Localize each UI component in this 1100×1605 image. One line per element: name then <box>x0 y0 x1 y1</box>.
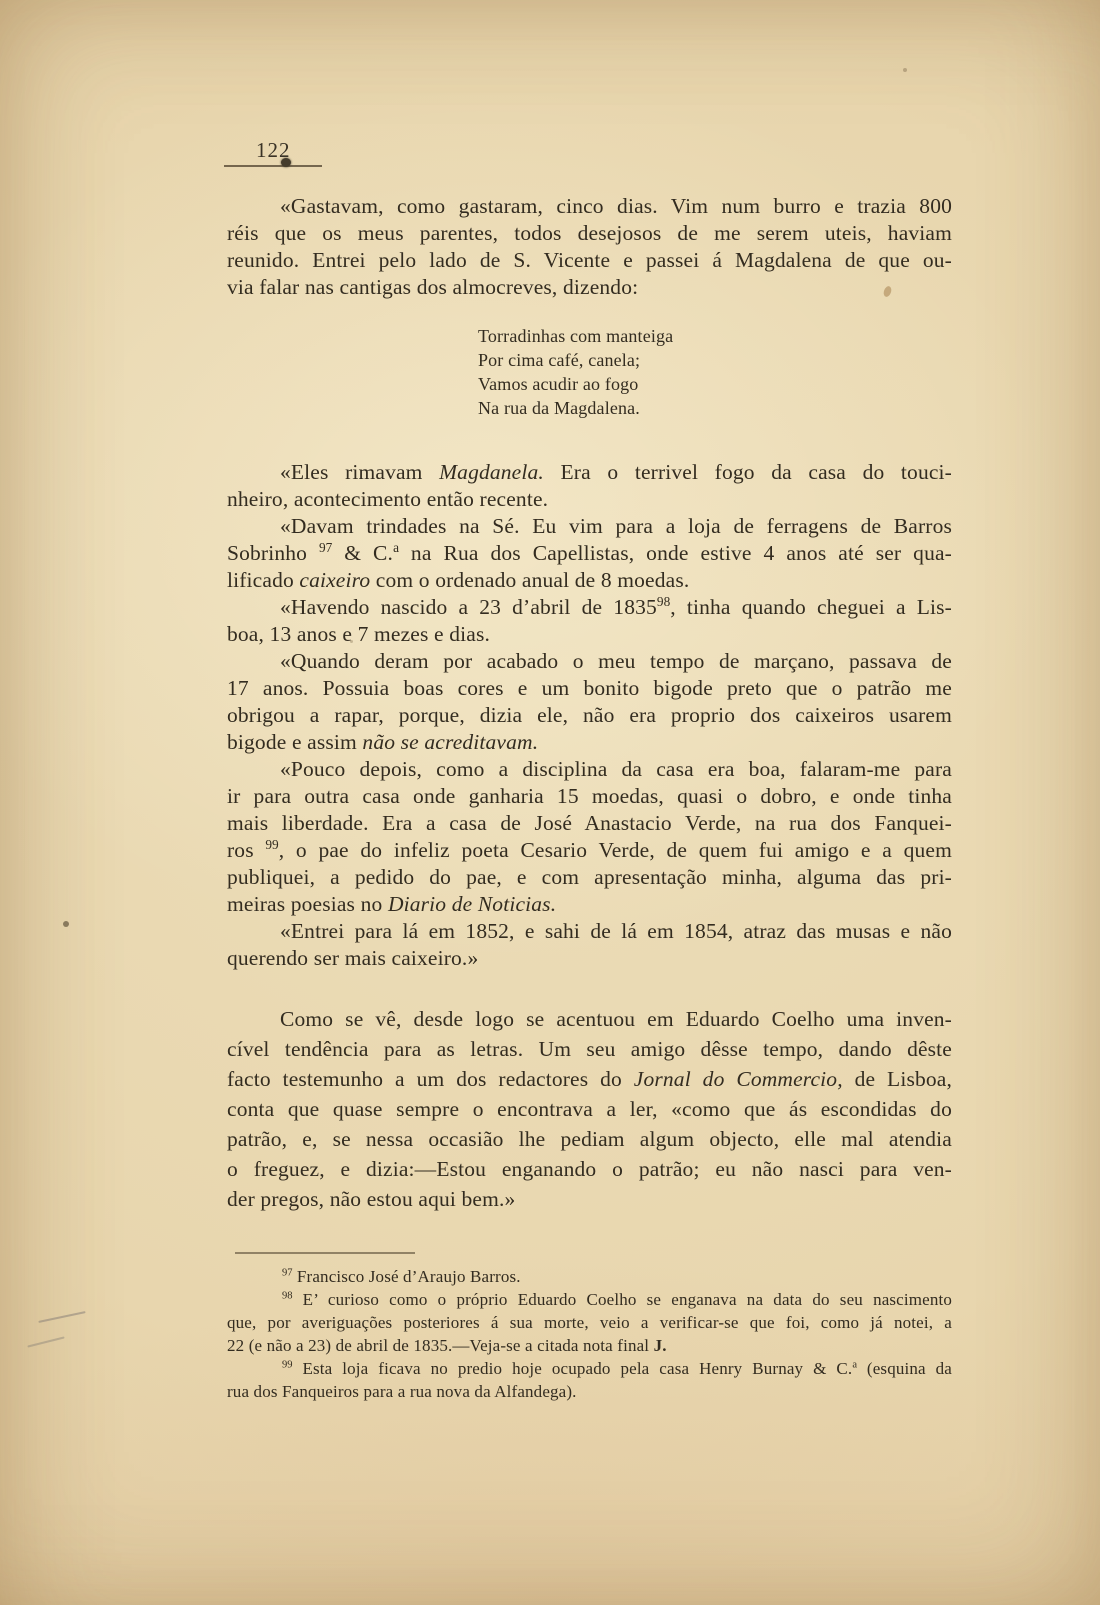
text-line: rua dos Fanqueiros para a rua nova da Al… <box>227 1380 952 1403</box>
ink-blot <box>281 158 291 167</box>
text-run: de Lisboa, <box>843 1067 952 1091</box>
paragraph: «Pouco depois, como a disciplina da casa… <box>227 756 952 918</box>
text-run: J. <box>654 1336 667 1355</box>
text-line: 98 E’ curioso como o próprio Eduardo Coe… <box>227 1288 952 1311</box>
text-run: boa, 13 anos e 7 mezes e dias. <box>227 622 490 646</box>
book-page: 122 «Gastavam, como gastaram, cinco dias… <box>0 0 1100 1605</box>
text-run: obrigou a rapar, porque, dizia ele, não … <box>227 703 952 727</box>
text-line: réis que os meus parentes, todos desejos… <box>227 220 952 247</box>
paragraph: «Gastavam, como gastaram, cinco dias. Vi… <box>227 193 952 301</box>
text-run: que, por averiguações posteriores á sua … <box>227 1313 952 1332</box>
text-run: 98 <box>657 594 670 609</box>
text-run: Sobrinho <box>227 541 319 565</box>
text-run: bigode e assim <box>227 730 362 754</box>
text-run: «Eles rimavam <box>280 460 439 484</box>
text-run: meiras poesias no <box>227 892 388 916</box>
text-line: publiquei, a pedido do pae, e com aprese… <box>227 864 952 891</box>
text-run: na Rua dos Capellistas, onde estive 4 an… <box>399 541 952 565</box>
text-run: ros <box>227 838 265 862</box>
text-line: Sobrinho 97 & C.a na Rua dos Capellistas… <box>227 540 952 567</box>
text-line: 22 (e não a 23) de abril de 1835.—Veja-s… <box>227 1334 952 1357</box>
text-run: Francisco José d’Araujo Barros. <box>293 1267 521 1286</box>
text-line: obrigou a rapar, porque, dizia ele, não … <box>227 702 952 729</box>
text-run: querendo ser mais caixeiro.» <box>227 946 478 970</box>
text-run: Na rua da Magdalena. <box>478 398 640 418</box>
text-run: ir para outra casa onde ganharia 15 moed… <box>227 784 952 808</box>
paragraph: «Entrei para lá em 1852, e sahi de lá em… <box>227 918 952 972</box>
text-line: via falar nas cantigas dos almocreves, d… <box>227 274 952 301</box>
text-flow: «Gastavam, como gastaram, cinco dias. Vi… <box>227 193 952 1403</box>
text-line: ir para outra casa onde ganharia 15 moed… <box>227 783 952 810</box>
text-line: der pregos, não estou aqui bem.» <box>227 1184 952 1214</box>
text-line: conta que quase sempre o encontrava a le… <box>227 1094 952 1124</box>
paper-speck <box>903 68 907 72</box>
text-run: & C. <box>332 541 393 565</box>
text-run: caixeiro <box>299 568 370 592</box>
paragraph: «Davam trindades na Sé. Eu vim para a lo… <box>227 513 952 594</box>
text-line: 17 anos. Possuia boas cores e um bonito … <box>227 675 952 702</box>
text-run: «Havendo nascido a 23 d’abril de 1835 <box>280 595 657 619</box>
text-line: «Gastavam, como gastaram, cinco dias. Vi… <box>227 193 952 220</box>
text-run: «Davam trindades na Sé. Eu vim para a lo… <box>280 514 952 538</box>
text-run: com o ordenado anual de 8 moedas. <box>370 568 689 592</box>
footnote: 99 Esta loja ficava no predio hoje ocupa… <box>227 1357 952 1403</box>
text-run: Era o terrivel fogo da casa do touci- <box>544 460 952 484</box>
closing-paragraph: Como se vê, desde logo se acentuou em Ed… <box>227 1004 952 1214</box>
text-run: 98 <box>282 1290 293 1301</box>
text-run: «Gastavam, como gastaram, cinco dias. Vi… <box>280 194 952 218</box>
text-run: 97 <box>319 540 332 555</box>
paper-speck <box>350 640 353 643</box>
text-line: lificado caixeiro com o ordenado anual d… <box>227 567 952 594</box>
text-line: 97 Francisco José d’Araujo Barros. <box>227 1265 952 1288</box>
paper-speck <box>63 921 69 927</box>
text-line: reunido. Entrei pelo lado de S. Vicente … <box>227 247 952 274</box>
text-line: Como se vê, desde logo se acentuou em Ed… <box>227 1004 952 1034</box>
text-line: meiras poesias no Diario de Noticias. <box>227 891 952 918</box>
text-line: Na rua da Magdalena. <box>478 396 952 420</box>
text-line: mais liberdade. Era a casa de José Anast… <box>227 810 952 837</box>
text-run: «Entrei para lá em 1852, e sahi de lá em… <box>280 919 952 943</box>
text-line: facto testemunho a um dos redactores do … <box>227 1064 952 1094</box>
text-run: der pregos, não estou aqui bem.» <box>227 1187 515 1211</box>
text-run: lificado <box>227 568 299 592</box>
page-number-underline <box>224 165 322 167</box>
text-run: 17 anos. Possuia boas cores e um bonito … <box>227 676 952 700</box>
footnote: 97 Francisco José d’Araujo Barros. <box>227 1265 952 1288</box>
text-line: que, por averiguações posteriores á sua … <box>227 1311 952 1334</box>
footnote: 98 E’ curioso como o próprio Eduardo Coe… <box>227 1288 952 1357</box>
text-line: «Davam trindades na Sé. Eu vim para a lo… <box>227 513 952 540</box>
text-run: 99 <box>265 837 278 852</box>
text-run: «Quando deram por acabado o meu tempo de… <box>280 649 952 673</box>
text-line: cível tendência para as letras. Um seu a… <box>227 1034 952 1064</box>
text-line: nheiro, acontecimento então recente. <box>227 486 952 513</box>
text-run: Diario de Noticias. <box>388 892 556 916</box>
text-run: Por cima café, canela; <box>478 350 640 370</box>
text-run: , tinha quando cheguei a Lis- <box>670 595 952 619</box>
text-run: rua dos Fanqueiros para a rua nova da Al… <box>227 1382 577 1401</box>
text-run: patrão, e, se nessa occasião lhe pediam … <box>227 1127 952 1151</box>
text-run: reunido. Entrei pelo lado de S. Vicente … <box>227 248 952 272</box>
text-line: Por cima café, canela; <box>478 348 952 372</box>
text-line: «Entrei para lá em 1852, e sahi de lá em… <box>227 918 952 945</box>
footnote-separator <box>235 1252 415 1254</box>
text-line: querendo ser mais caixeiro.» <box>227 945 952 972</box>
text-run: Esta loja ficava no predio hoje ocupado … <box>293 1359 853 1378</box>
text-line: Vamos acudir ao fogo <box>478 372 952 396</box>
text-run: réis que os meus parentes, todos desejos… <box>227 221 952 245</box>
text-run: Vamos acudir ao fogo <box>478 374 638 394</box>
text-run: E’ curioso como o próprio Eduardo Coelho… <box>293 1290 952 1309</box>
pencil-mark <box>27 1336 64 1347</box>
text-line: «Havendo nascido a 23 d’abril de 183598,… <box>227 594 952 621</box>
text-run: não se acreditavam. <box>362 730 538 754</box>
text-run: Magdanela. <box>439 460 544 484</box>
text-run: (esquina da <box>857 1359 952 1378</box>
text-run: conta que quase sempre o encontrava a le… <box>227 1097 952 1121</box>
text-line: «Eles rimavam Magdanela. Era o terrivel … <box>227 459 952 486</box>
text-line: o freguez, e dizia:—Estou enganando o pa… <box>227 1154 952 1184</box>
text-run: , o pae do infeliz poeta Cesario Verde, … <box>279 838 952 862</box>
paragraph: «Quando deram por acabado o meu tempo de… <box>227 648 952 756</box>
text-line: bigode e assim não se acreditavam. <box>227 729 952 756</box>
paragraph: «Eles rimavam Magdanela. Era o terrivel … <box>227 459 952 513</box>
text-run: 97 <box>282 1267 293 1278</box>
pencil-mark <box>38 1311 85 1323</box>
text-line: 99 Esta loja ficava no predio hoje ocupa… <box>227 1357 952 1380</box>
text-run: Torradinhas com manteiga <box>478 326 673 346</box>
text-run: 99 <box>282 1359 293 1370</box>
text-run: cível tendência para as letras. Um seu a… <box>227 1037 952 1061</box>
text-run: 22 (e não a 23) de abril de 1835.—Veja-s… <box>227 1336 654 1355</box>
text-line: boa, 13 anos e 7 mezes e dias. <box>227 621 952 648</box>
text-line: patrão, e, se nessa occasião lhe pediam … <box>227 1124 952 1154</box>
text-run: nheiro, acontecimento então recente. <box>227 487 548 511</box>
text-run: Jornal do Commercio, <box>634 1067 843 1091</box>
text-run: via falar nas cantigas dos almocreves, d… <box>227 275 638 299</box>
text-run: «Pouco depois, como a disciplina da casa… <box>280 757 952 781</box>
text-run: publiquei, a pedido do pae, e com aprese… <box>227 865 952 889</box>
paragraph: «Havendo nascido a 23 d’abril de 183598,… <box>227 594 952 648</box>
text-line: «Quando deram por acabado o meu tempo de… <box>227 648 952 675</box>
text-run: mais liberdade. Era a casa de José Anast… <box>227 811 952 835</box>
text-run: Como se vê, desde logo se acentuou em Ed… <box>280 1007 952 1031</box>
text-line: ros 99, o pae do infeliz poeta Cesario V… <box>227 837 952 864</box>
verse-block: Torradinhas com manteigaPor cima café, c… <box>478 324 952 420</box>
text-line: «Pouco depois, como a disciplina da casa… <box>227 756 952 783</box>
text-line: Torradinhas com manteiga <box>478 324 952 348</box>
text-run: o freguez, e dizia:—Estou enganando o pa… <box>227 1157 952 1181</box>
text-run: facto testemunho a um dos redactores do <box>227 1067 634 1091</box>
